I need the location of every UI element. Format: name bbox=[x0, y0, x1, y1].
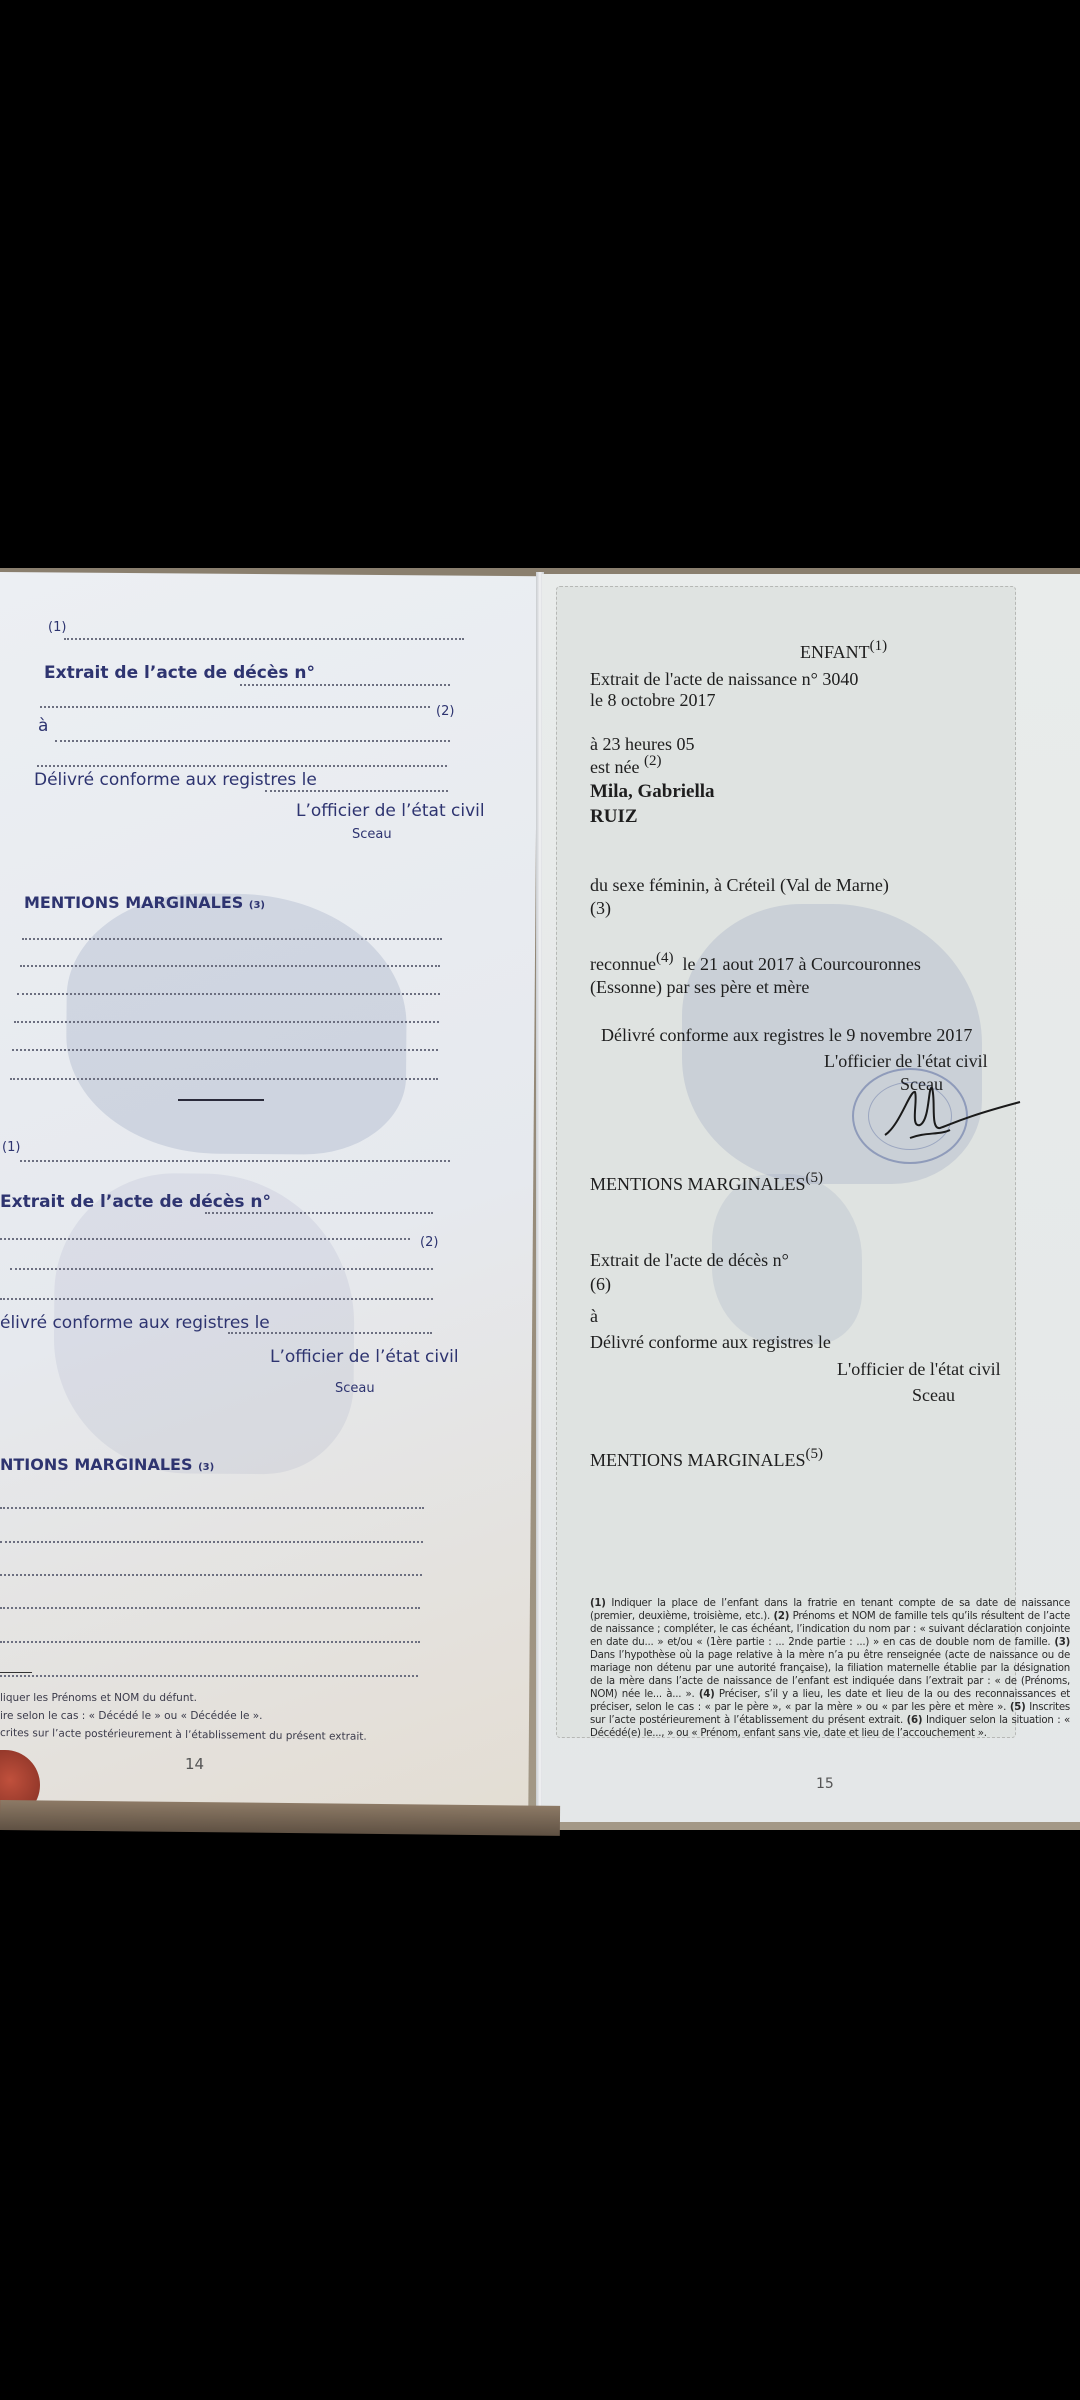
marianne-watermark bbox=[65, 893, 407, 1156]
death-extract-number: Extrait de l'acte de décès n° bbox=[590, 1248, 789, 1272]
marginal-line bbox=[14, 1021, 439, 1023]
delivered-statement: Délivré conforme aux registres le 9 nove… bbox=[601, 1023, 972, 1047]
marginal-ref: (5) bbox=[806, 1170, 824, 1186]
child-heading: ENFANT(1) bbox=[800, 640, 887, 664]
officer-label: L’officier de l’état civil bbox=[270, 1347, 459, 1367]
seal-label: Sceau bbox=[335, 1381, 375, 1396]
death-date-line bbox=[40, 706, 430, 708]
marginal-mentions-heading-2: MENTIONS MARGINALES(5) bbox=[590, 1448, 823, 1472]
separator-rule bbox=[178, 1099, 264, 1101]
death-extract-number-line bbox=[205, 1212, 433, 1214]
note-ref: (5) bbox=[1010, 1702, 1026, 1713]
recognition-details: le 21 aout 2017 à Courcouronnes bbox=[682, 954, 920, 974]
child-last-name: RUIZ bbox=[590, 805, 638, 829]
marginal-line bbox=[0, 1507, 424, 1509]
born-ref: (2) bbox=[644, 753, 662, 769]
delivered-statement-2: Délivré conforme aux registres le bbox=[590, 1330, 831, 1354]
recognition: reconnue(4) le 21 aout 2017 à Courcouron… bbox=[590, 952, 921, 976]
name-field-line bbox=[64, 638, 464, 640]
marginal-line bbox=[12, 1049, 438, 1051]
marginal-line bbox=[17, 993, 440, 995]
delivered-label: Délivré conforme aux registres le bbox=[34, 770, 317, 790]
marginal-mentions-heading: NTIONS MARGINALES (3) bbox=[0, 1455, 214, 1474]
marginal-line bbox=[0, 1574, 422, 1576]
seal-label: Sceau bbox=[352, 827, 392, 842]
note-ref: (6) bbox=[907, 1715, 923, 1726]
marginal-line bbox=[0, 1607, 420, 1609]
child-heading-text: ENFANT bbox=[800, 642, 870, 662]
note-ref: (4) bbox=[699, 1689, 715, 1700]
birth-time: à 23 heures 05 bbox=[590, 732, 694, 756]
death-extract-number-line bbox=[240, 684, 450, 686]
marginal-line bbox=[0, 1675, 418, 1677]
note-ref-1b: (1) bbox=[2, 1140, 20, 1155]
marginal-line bbox=[20, 965, 440, 967]
seal-label-2: Sceau bbox=[912, 1383, 955, 1407]
note-ref: (1) bbox=[590, 1598, 606, 1609]
marginal-line bbox=[22, 938, 442, 940]
officer-signature bbox=[880, 1080, 1030, 1150]
place-line-2 bbox=[0, 1298, 433, 1300]
marginal-mentions-text: MENTIONS MARGINALES bbox=[24, 893, 243, 912]
born-label: est née (2) bbox=[590, 755, 661, 779]
place-line bbox=[10, 1268, 433, 1270]
note-ref: (2) bbox=[773, 1611, 789, 1622]
ref-2: (2) bbox=[436, 704, 454, 719]
note-ref: (3) bbox=[1054, 1637, 1070, 1648]
delivered-date-line bbox=[228, 1332, 432, 1334]
death-extract-label: Extrait de l’acte de décès n° bbox=[0, 1192, 271, 1212]
death-extract-label: Extrait de l’acte de décès n° bbox=[44, 663, 315, 683]
child-first-names: Mila, Gabriella bbox=[590, 780, 715, 804]
marginal-mentions-heading: MENTIONS MARGINALES(5) bbox=[590, 1172, 823, 1196]
heading-ref: (1) bbox=[870, 638, 888, 654]
marginal-ref: (3) bbox=[249, 900, 265, 911]
delivered-date-line bbox=[265, 790, 448, 792]
page-number-left: 14 bbox=[185, 1755, 204, 1773]
marginal-line bbox=[10, 1078, 438, 1080]
footnote-line: liquer les Prénoms et NOM du défunt. bbox=[0, 1692, 197, 1704]
marginal-mentions-text: MENTIONS MARGINALES bbox=[590, 1174, 806, 1194]
sex-and-birthplace: du sexe féminin, à Créteil (Val de Marne… bbox=[590, 873, 889, 897]
at-label: à bbox=[38, 716, 48, 736]
footnote-line: ire selon le cas : « Décédé le » ou « Dé… bbox=[0, 1710, 263, 1722]
marginal-line bbox=[0, 1641, 420, 1643]
death-date-line bbox=[0, 1238, 410, 1240]
explanatory-notes: (1) Indiquer la place de l’enfant dans l… bbox=[590, 1597, 1070, 1740]
marginal-mentions-heading: MENTIONS MARGINALES (3) bbox=[24, 893, 265, 912]
place-line-2 bbox=[37, 765, 447, 767]
birth-date: le 8 octobre 2017 bbox=[590, 688, 715, 712]
note-ref-1: (1) bbox=[48, 620, 66, 635]
ref-2: (2) bbox=[420, 1235, 438, 1250]
officer-label-2: L'officier de l'état civil bbox=[837, 1357, 1001, 1381]
place-line bbox=[55, 740, 450, 742]
death-place: à bbox=[590, 1304, 598, 1328]
marginal-mentions-text: NTIONS MARGINALES bbox=[0, 1455, 192, 1474]
recognition-ref: (4) bbox=[656, 950, 674, 966]
born-label-text: est née bbox=[590, 757, 639, 777]
recognition-label: reconnue bbox=[590, 954, 656, 974]
marginal-line bbox=[0, 1541, 423, 1543]
marginal-ref: (5) bbox=[806, 1446, 824, 1462]
marginal-ref: (3) bbox=[198, 1462, 214, 1473]
recognition-details-2: (Essonne) par ses père et mère bbox=[590, 975, 809, 999]
name-field-line bbox=[20, 1160, 450, 1162]
book-cover-edge bbox=[0, 1800, 560, 1836]
marginal-mentions-text: MENTIONS MARGINALES bbox=[590, 1450, 806, 1470]
delivered-label: élivré conforme aux registres le bbox=[0, 1313, 270, 1333]
footnote-rule bbox=[0, 1672, 32, 1673]
death-ref: (6) bbox=[590, 1272, 611, 1296]
page-number-right: 15 bbox=[816, 1776, 834, 1792]
ref-3: (3) bbox=[590, 896, 611, 920]
officer-label: L’officier de l’état civil bbox=[296, 801, 485, 821]
